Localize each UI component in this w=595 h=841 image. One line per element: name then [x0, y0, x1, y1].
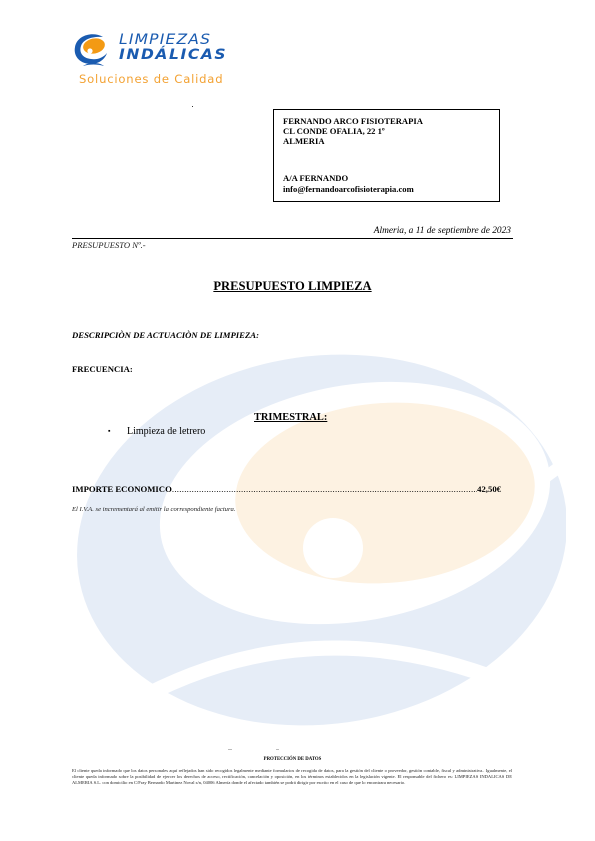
recipient-address-box: FERNANDO ARCO FISIOTERAPIA CL CONDE OFAL… [273, 109, 500, 202]
logo-wordmark-line2: INDÁLICAS [119, 48, 227, 62]
header-divider [72, 238, 513, 239]
document-page: LIMPIEZAS INDÁLICAS Soluciones de Calida… [0, 0, 595, 841]
recipient-email: info@fernandoarcofisioterapia.com [283, 184, 414, 194]
recipient-name: FERNANDO ARCO FISIOTERAPIA [283, 116, 423, 126]
amount-value: 42,50€ [477, 484, 501, 494]
list-item: ▪Limpieza de letrero [108, 425, 205, 438]
recipient-attention: A/A FERNANDO [283, 173, 348, 183]
amount-leader-dots: ........................................… [172, 484, 477, 494]
recipient-street: CL CONDE OFALIA, 22 1º [283, 126, 385, 136]
logo-tagline: Soluciones de Calidad [79, 72, 223, 86]
stray-mark [228, 749, 232, 750]
description-heading: DESCRIPCIÒN DE ACTUACIÒN DE LIMPIEZA: [72, 330, 259, 340]
logo-wordmark-line1: LIMPIEZAS [119, 33, 211, 47]
privacy-text: El cliente queda informado que los datos… [72, 768, 512, 786]
frequency-value: TRIMESTRAL: [254, 412, 327, 424]
document-date: Almeria, a 11 de septiembre de 2023 [374, 226, 511, 237]
vat-note: El I.V.A. se incrementará al emitir la c… [72, 506, 235, 514]
privacy-title: PROTECCIÓN DE DATOS [0, 757, 585, 763]
bullet-icon: ▪ [108, 425, 127, 437]
task-text: Limpieza de letrero [127, 426, 205, 437]
recipient-city: ALMERIA [283, 136, 325, 146]
page-title: PRESUPUESTO LIMPIEZA [0, 279, 585, 294]
stray-mark [192, 106, 193, 107]
frequency-label: FRECUENCIA: [72, 364, 133, 374]
amount-label: IMPORTE ECONOMICO [72, 484, 172, 494]
amount-row: IMPORTE ECONOMICO ......................… [72, 484, 501, 494]
stray-mark [276, 749, 279, 750]
budget-number-label: PRESUPUESTO Nº.- [72, 240, 146, 250]
company-logo-icon [73, 31, 111, 69]
